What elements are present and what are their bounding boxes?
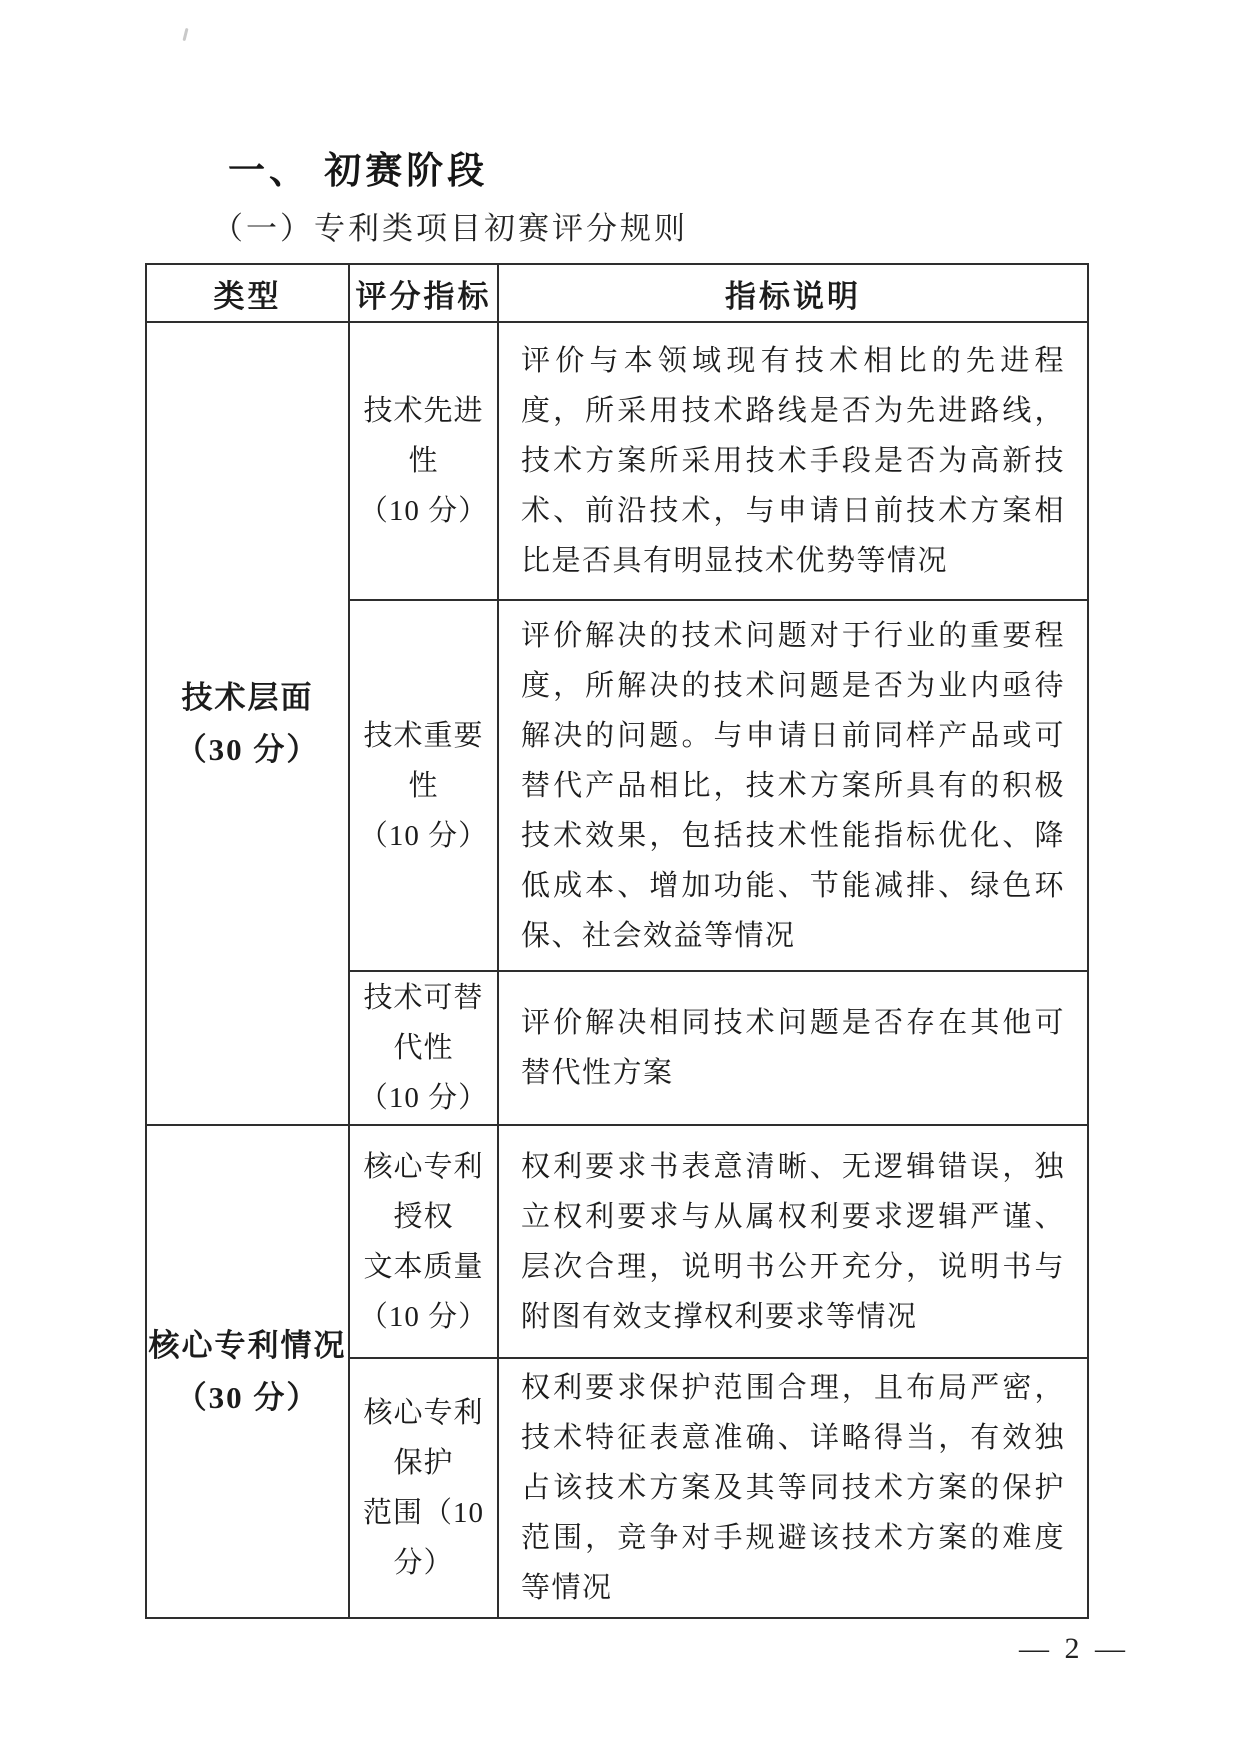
indicator-line: 核心专利授权: [351, 1142, 496, 1242]
indicator-cell-substitutability: 技术可替代性 （10 分）: [349, 971, 498, 1125]
description-cell-text-quality: 权利要求书表意清晰、无逻辑错误，独立权利要求与从属权利要求逻辑严谨、层次合理，说…: [498, 1125, 1088, 1358]
table-header-row: 类型 评分指标 指标说明: [146, 264, 1088, 322]
type-score: （30 分）: [148, 724, 347, 776]
scoring-rules-table: 类型 评分指标 指标说明 技术层面 （30 分） 技术先进性 （10 分） 评价…: [145, 263, 1089, 1619]
section-title: 一、 初赛阶段: [228, 140, 488, 194]
indicator-cell-text-quality: 核心专利授权 文本质量 （10 分）: [349, 1125, 498, 1358]
description-cell-protection-scope: 权利要求保护范围合理，且布局严密，技术特征表意准确、详略得当，有效独占该技术方案…: [498, 1358, 1088, 1618]
col-header-type: 类型: [146, 264, 349, 322]
indicator-line: 核心专利保护: [351, 1388, 496, 1488]
indicator-line: 技术先进性: [351, 386, 496, 486]
type-cell-technical: 技术层面 （30 分）: [146, 322, 349, 1125]
page-number: — 2 —: [1019, 1632, 1129, 1666]
type-label: 核心专利情况: [148, 1320, 347, 1372]
indicator-score: （10 分）: [351, 486, 496, 536]
indicator-cell-importance: 技术重要性 （10 分）: [349, 600, 498, 971]
indicator-cell-advancement: 技术先进性 （10 分）: [349, 322, 498, 600]
indicator-score: （10 分）: [351, 811, 496, 861]
indicator-line: 文本质量: [351, 1242, 496, 1292]
table-row: 核心专利情况 （30 分） 核心专利授权 文本质量 （10 分） 权利要求书表意…: [146, 1125, 1088, 1358]
type-label: 技术层面: [148, 672, 347, 724]
indicator-score: 范围（10 分）: [351, 1488, 496, 1588]
indicator-score: （10 分）: [351, 1292, 496, 1342]
type-score: （30 分）: [148, 1372, 347, 1424]
col-header-description: 指标说明: [498, 264, 1088, 322]
document-page: 一、 初赛阶段 （一）专利类项目初赛评分规则 类型 评分指标 指标说明 技术层面…: [0, 0, 1241, 1755]
description-cell-advancement: 评价与本领域现有技术相比的先进程度，所采用技术路线是否为先进路线，技术方案所采用…: [498, 322, 1088, 600]
indicator-line: 技术可替代性: [351, 973, 496, 1073]
indicator-line: 技术重要性: [351, 711, 496, 811]
indicator-cell-protection-scope: 核心专利保护 范围（10 分）: [349, 1358, 498, 1618]
indicator-score: （10 分）: [351, 1073, 496, 1123]
col-header-indicator: 评分指标: [349, 264, 498, 322]
type-cell-core-patent: 核心专利情况 （30 分）: [146, 1125, 349, 1618]
subsection-title: （一）专利类项目初赛评分规则: [212, 203, 688, 248]
description-cell-substitutability: 评价解决相同技术问题是否存在其他可替代性方案: [498, 971, 1088, 1125]
scan-artifact: [182, 28, 188, 41]
table-row: 技术层面 （30 分） 技术先进性 （10 分） 评价与本领域现有技术相比的先进…: [146, 322, 1088, 600]
description-cell-importance: 评价解决的技术问题对于行业的重要程度，所解决的技术问题是否为业内亟待解决的问题。…: [498, 600, 1088, 971]
